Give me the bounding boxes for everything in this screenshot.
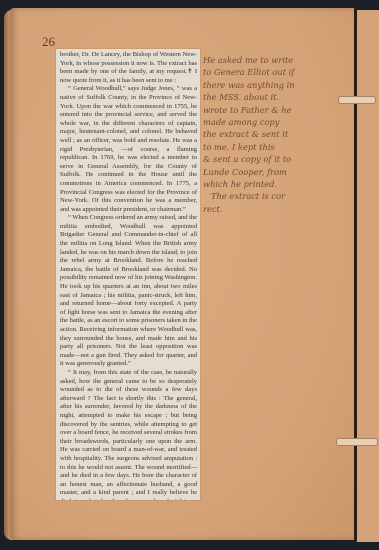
- clipping-paragraph: “ It may, from this state of the case, b…: [60, 369, 197, 500]
- binding-thread-bottom: [336, 438, 378, 446]
- handwriting-line: there was anything in: [203, 79, 333, 91]
- newspaper-clipping: brother, Dr. De Lancey, the Bishop of We…: [56, 49, 200, 500]
- handwriting-line: to Genera Elliot out if: [203, 66, 333, 78]
- handwriting-line: rect.: [203, 203, 333, 215]
- handwriting-line: made among copy: [203, 116, 333, 128]
- handwriting-line: to me. I kept this: [203, 141, 333, 153]
- handwriting-line: which he printed.: [203, 178, 333, 190]
- page-number: 26: [42, 34, 55, 50]
- binding-thread-top: [338, 96, 376, 104]
- clipping-paragraph: brother, Dr. De Lancey, the Bishop of We…: [60, 51, 197, 85]
- handwriting-line: He asked me to write: [203, 54, 333, 66]
- clipping-paragraph: “ General Woodhull,” says Judge Jones, “…: [60, 85, 197, 214]
- handwriting-line: wrote to Father & he: [203, 104, 333, 116]
- facing-page-edge: [357, 10, 379, 542]
- handwritten-note: He asked me to write to Genera Elliot ou…: [203, 54, 333, 215]
- handwriting-line: The extract is cor: [203, 190, 333, 202]
- handwriting-line: the extract & sent it: [203, 128, 333, 140]
- handwriting-line: & sent a copy of it to: [203, 153, 333, 165]
- handwriting-line: Lunde Cooper, from: [203, 166, 333, 178]
- handwriting-line: the MSS. about it.: [203, 91, 333, 103]
- clipping-paragraph: “ When Congress ordered an army raised, …: [60, 214, 197, 369]
